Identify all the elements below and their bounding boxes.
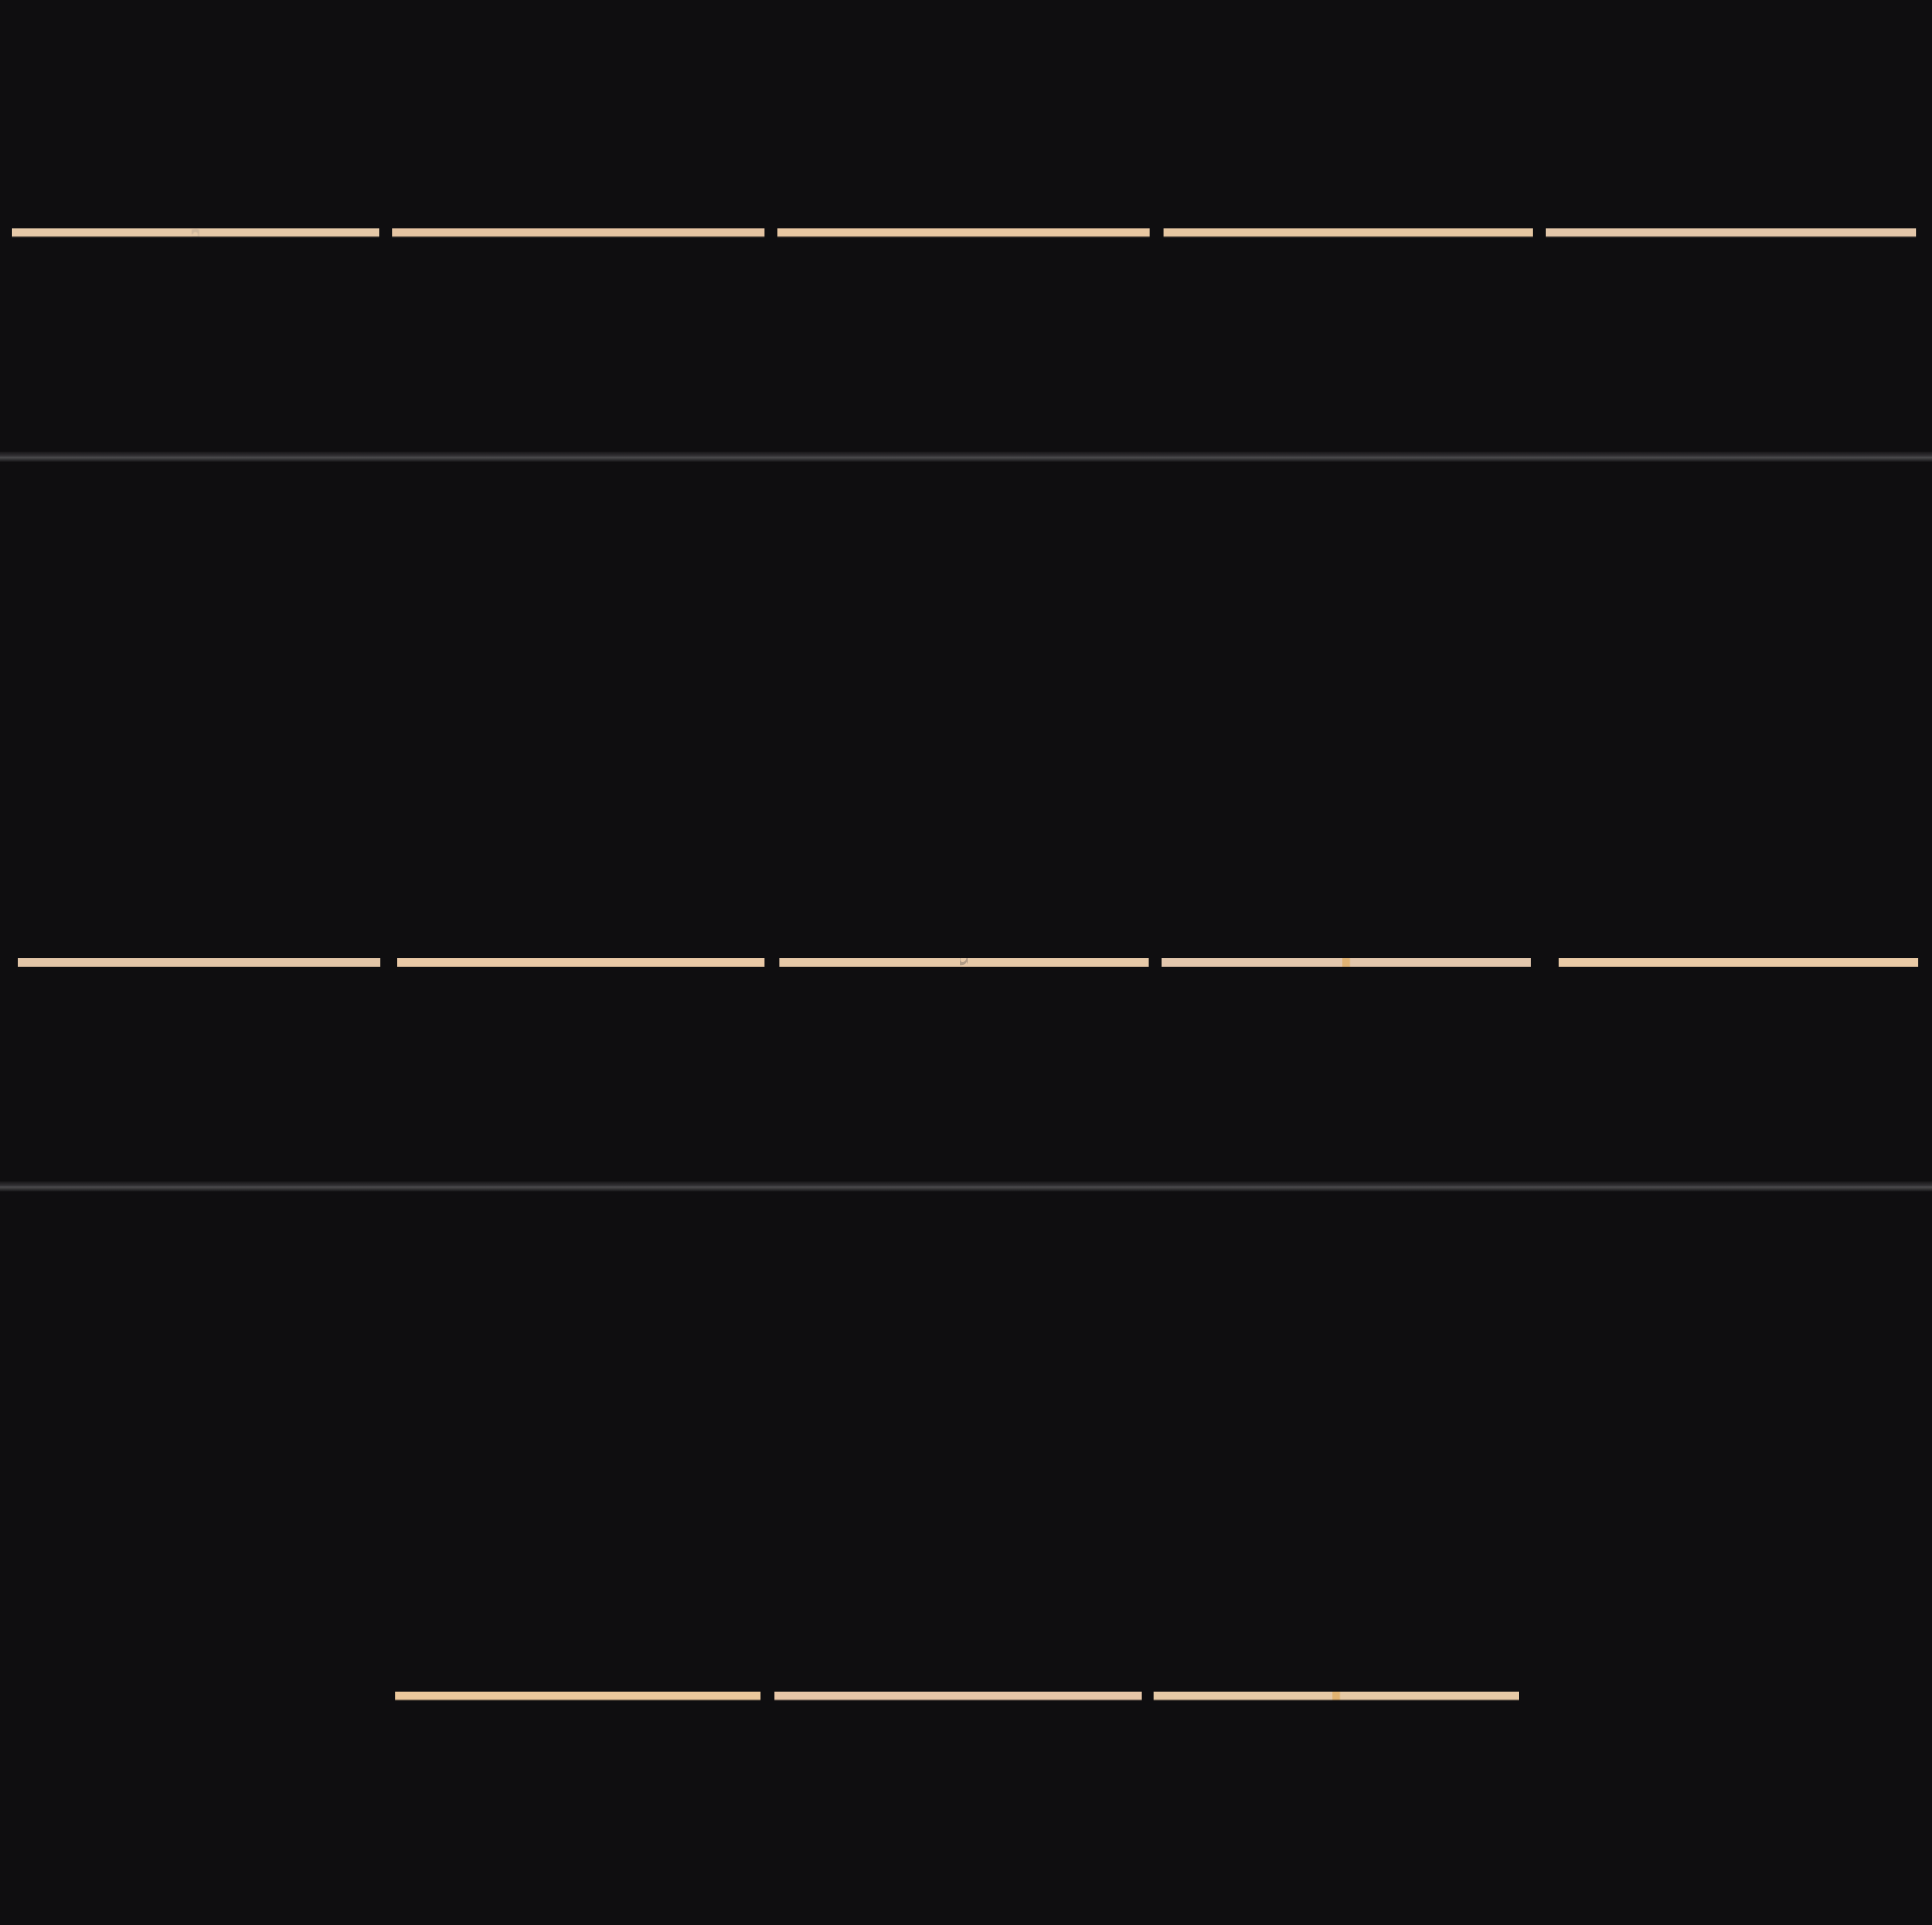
- ghost-print: 3: [1546, 386, 1916, 425]
- ghost-print: 3. XI. 18: [397, 995, 764, 1033]
- ghost-print: Venezia Giulia: [12, 217, 379, 256]
- stamp-r3s1: Regno d'Italia 3. XI. 18: [395, 1481, 760, 1910]
- stock-page: Regno d'Italia Venezia Giulia 3. XI. 18 …: [0, 0, 1932, 1925]
- signature-text: ꝺ~enų: [1613, 836, 1716, 876]
- hinge-remnant: [1241, 826, 1380, 980]
- ghost-print: 3. XI. 18: [18, 995, 380, 1033]
- strip-edge: [0, 452, 1932, 462]
- stamp-r1s4: 3: [1164, 14, 1533, 451]
- ghost-print: Regno d'Italia: [12, 143, 379, 182]
- ghost-print: 3. XI. 18: [1546, 267, 1916, 306]
- pencil-position: Pos. 92: [1598, 960, 1729, 1001]
- stamp-r1s1: Regno d'Italia Venezia Giulia 3. XI. 18 …: [12, 14, 379, 451]
- expert-handstamp: A.BOLAFFI: [976, 386, 1075, 423]
- stamp-r2s2: Regno d'Italia Venezia Giulia 3. XI. 18: [397, 747, 764, 1178]
- stamp-r3s3: Regno d'Italia Venezia Giulia 3. XI. 18 …: [1154, 1481, 1519, 1910]
- ghost-print: 3: [1164, 386, 1533, 425]
- red-offset-frame: [417, 1519, 724, 1865]
- ghost-print: 50: [18, 1099, 380, 1138]
- ghost-print: Regno d'Italia: [779, 866, 1149, 904]
- stamp-r1s3: 14 10 A.BOLAFFI: [777, 14, 1150, 451]
- ghost-print: Regno d'Italia: [1546, 113, 1916, 152]
- pencil-signature: ꝺ~enų: [1613, 831, 1716, 877]
- ghost-print: Venezia Giulia: [397, 920, 764, 959]
- ghost-print: 20: [1559, 1099, 1918, 1138]
- ghost-print: 35: [1162, 1099, 1531, 1138]
- ghost-print: Venezia Giulia: [1546, 198, 1916, 236]
- stamp-r2s3: Regno d'Italia Venezia Giulia 3. XI. 18 …: [779, 747, 1149, 1178]
- ghost-print: 12: [392, 396, 764, 435]
- pencil-mark: 14: [822, 49, 858, 81]
- ghost-print: 3. XI. 18: [779, 1005, 1149, 1043]
- ghost-print: 3. XI. 18: [1154, 1705, 1519, 1743]
- stamp-r1s5: Regno d'Italia Venezia Giulia 3. XI. 18 …: [1546, 14, 1916, 451]
- ghost-print: Regno d'Italia: [774, 1561, 1142, 1599]
- ghost-print: Venezia Giulia: [18, 925, 380, 964]
- ghost-print: Regno d'Italia: [395, 1645, 760, 1684]
- ghost-print: 3. XI. 18: [395, 1715, 760, 1753]
- ghost-print: 3. XI. 18: [774, 1710, 1142, 1748]
- strip-edge: [0, 1181, 1932, 1191]
- ghost-print: 3. XI. 18: [12, 282, 379, 321]
- stamp-r1s2: 12: [392, 14, 764, 451]
- hinge-remnant: [837, 83, 956, 178]
- pencil-price: 70: [1693, 776, 1738, 817]
- pencil-mark: SB: [1028, 1064, 1098, 1122]
- ghost-print: 80: [774, 1824, 1142, 1862]
- stamp-r2s4: 35 3: [1162, 747, 1531, 1178]
- hinge-remnant: [1322, 1571, 1437, 1710]
- stamp-r2s5: 70 ꝺ~enų Pos. 92 20: [1559, 747, 1918, 1178]
- ghost-print: Regno d'Italia: [397, 846, 764, 885]
- stamp-r2s1: Regno d'Italia Venezia Giulia 3. XI. 18 …: [18, 747, 380, 1178]
- ghost-print: 10: [777, 386, 1150, 425]
- ghost-print: Venezia Giulia: [774, 1640, 1142, 1679]
- ghost-print: Regno d'Italia: [18, 816, 380, 855]
- ghost-print: Venezia Giulia: [779, 935, 1149, 974]
- pencil-mark: W: [1193, 1819, 1234, 1864]
- pencil-mark: 3: [1301, 1084, 1325, 1130]
- stamp-r3s2: Regno d'Italia Venezia Giulia 3. XI. 18 …: [774, 1481, 1142, 1910]
- pencil-mark: 6: [225, 322, 250, 367]
